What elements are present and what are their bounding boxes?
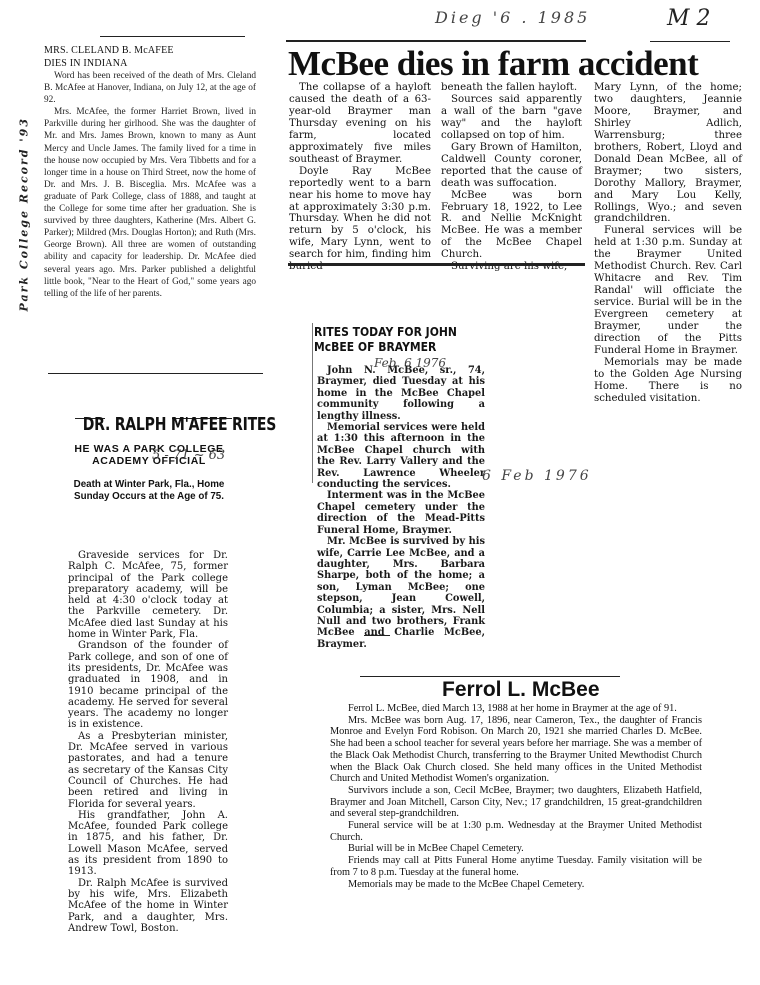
article-ralph-mcafee-body: Graveside services for Dr. Ralph C. McAf… <box>68 550 228 934</box>
clipping-edge <box>312 323 313 483</box>
article-column: Mary Lynn, of the home; two daughters, J… <box>594 82 742 405</box>
article-paragraph: beneath the fallen hayloft. <box>441 82 582 94</box>
article-paragraph: Funeral services will be held at 1:30 p.… <box>594 225 742 356</box>
article-paragraph: John N. McBee, sr., 74, Braymer, died Tu… <box>317 365 485 422</box>
article-paragraph: Friends may call at Pitts Funeral Home a… <box>330 855 702 878</box>
article-paragraph: Mrs. McAfee, the former Harriet Brown, l… <box>44 106 256 300</box>
article-headline: Ferrol L. McBee <box>442 678 600 702</box>
article-paragraph: Burial will be in McBee Chapel Cemetery. <box>330 843 702 855</box>
article-paragraph: Doyle Ray McBee reportedly went to a bar… <box>289 166 431 274</box>
article-paragraph: Gary Brown of Hamilton, Caldwell County … <box>441 142 582 190</box>
article-paragraph: McBee was born February 18, 1922, to Lee… <box>441 190 582 262</box>
article-headline: McBee dies in farm accident <box>288 44 754 84</box>
article-headline: RITES TODAY FOR JOHN <box>314 325 467 340</box>
article-headline: McBEE OF BRAYMER <box>314 340 467 355</box>
article-paragraph: Ferrol L. McBee, died March 13, 1988 at … <box>330 703 702 715</box>
handwritten-side-note: Park College Record '93 <box>4 115 34 325</box>
article-paragraph: Memorials may be made to the McBee Chape… <box>330 879 702 891</box>
article-paragraph: Grandson of the founder of Park college,… <box>68 640 228 730</box>
article-john-mcbee-body: John N. McBee, sr., 74, Braymer, died Tu… <box>317 365 485 650</box>
article-column: beneath the fallen hayloft. Sources said… <box>441 82 582 273</box>
handwritten-date-top: Dieg '6 . 1985 <box>435 8 590 27</box>
divider <box>364 635 390 636</box>
article-paragraph: His grandfather, John A. McAfee, founded… <box>68 810 228 878</box>
article-paragraph: As a Presbyterian minister, Dr. McAfee s… <box>68 731 228 810</box>
divider <box>360 676 620 677</box>
article-headline: DR. RALPH M'AFEE RITES <box>83 414 216 435</box>
article-column: The collapse of a hayloft caused the dea… <box>289 82 431 273</box>
article-paragraph: Memorials may be made to the Golden Age … <box>594 357 742 405</box>
article-paragraph: Mary Lynn, of the home; two daughters, J… <box>594 82 742 225</box>
article-john-mcbee-header: RITES TODAY FOR JOHN McBEE OF BRAYMER <box>314 325 484 355</box>
article-paragraph: Graveside services for Dr. Ralph C. McAf… <box>68 550 228 640</box>
article-paragraph: Mr. McBee is survived by his wife, Carri… <box>317 536 485 650</box>
article-paragraph: The collapse of a hayloft caused the dea… <box>289 82 431 166</box>
article-ferrol-mcbee-body: Ferrol L. McBee, died March 13, 1988 at … <box>330 703 702 890</box>
handwritten-page-mark: M 2 <box>667 6 711 31</box>
handwritten-date-john-margin: 6 Feb 1976 <box>482 468 592 484</box>
divider <box>286 40 586 42</box>
handwritten-date-ralph: 5 - 71 ~ 63 <box>152 448 225 463</box>
article-paragraph: Sources said apparently a wall of the ba… <box>441 94 582 142</box>
divider <box>650 41 730 42</box>
article-paragraph: Mrs. McBee was born Aug. 17, 1896, near … <box>330 715 702 785</box>
article-subhead: Death at Winter Park, Fla., Home Sunday … <box>64 479 234 503</box>
article-cleland-mcafee: MRS. CLELAND B. McAFEE DIES IN INDIANA W… <box>44 45 256 300</box>
divider <box>100 36 245 37</box>
article-paragraph: Interment was in the McBee Chapel cemete… <box>317 490 485 536</box>
article-paragraph: Word has been received of the death of M… <box>44 70 256 106</box>
article-headline: DIES IN INDIANA <box>44 58 256 71</box>
article-paragraph: Dr. Ralph McAfee is survived by his wife… <box>68 878 228 934</box>
divider <box>288 263 585 266</box>
article-paragraph: Survivors include a son, Cecil McBee, Br… <box>330 785 702 820</box>
divider <box>48 373 263 374</box>
article-paragraph: Funeral service will be at 1:30 p.m. Wed… <box>330 820 702 843</box>
article-paragraph: Memorial services were held at 1:30 this… <box>317 422 485 490</box>
article-headline: MRS. CLELAND B. McAFEE <box>44 45 256 58</box>
